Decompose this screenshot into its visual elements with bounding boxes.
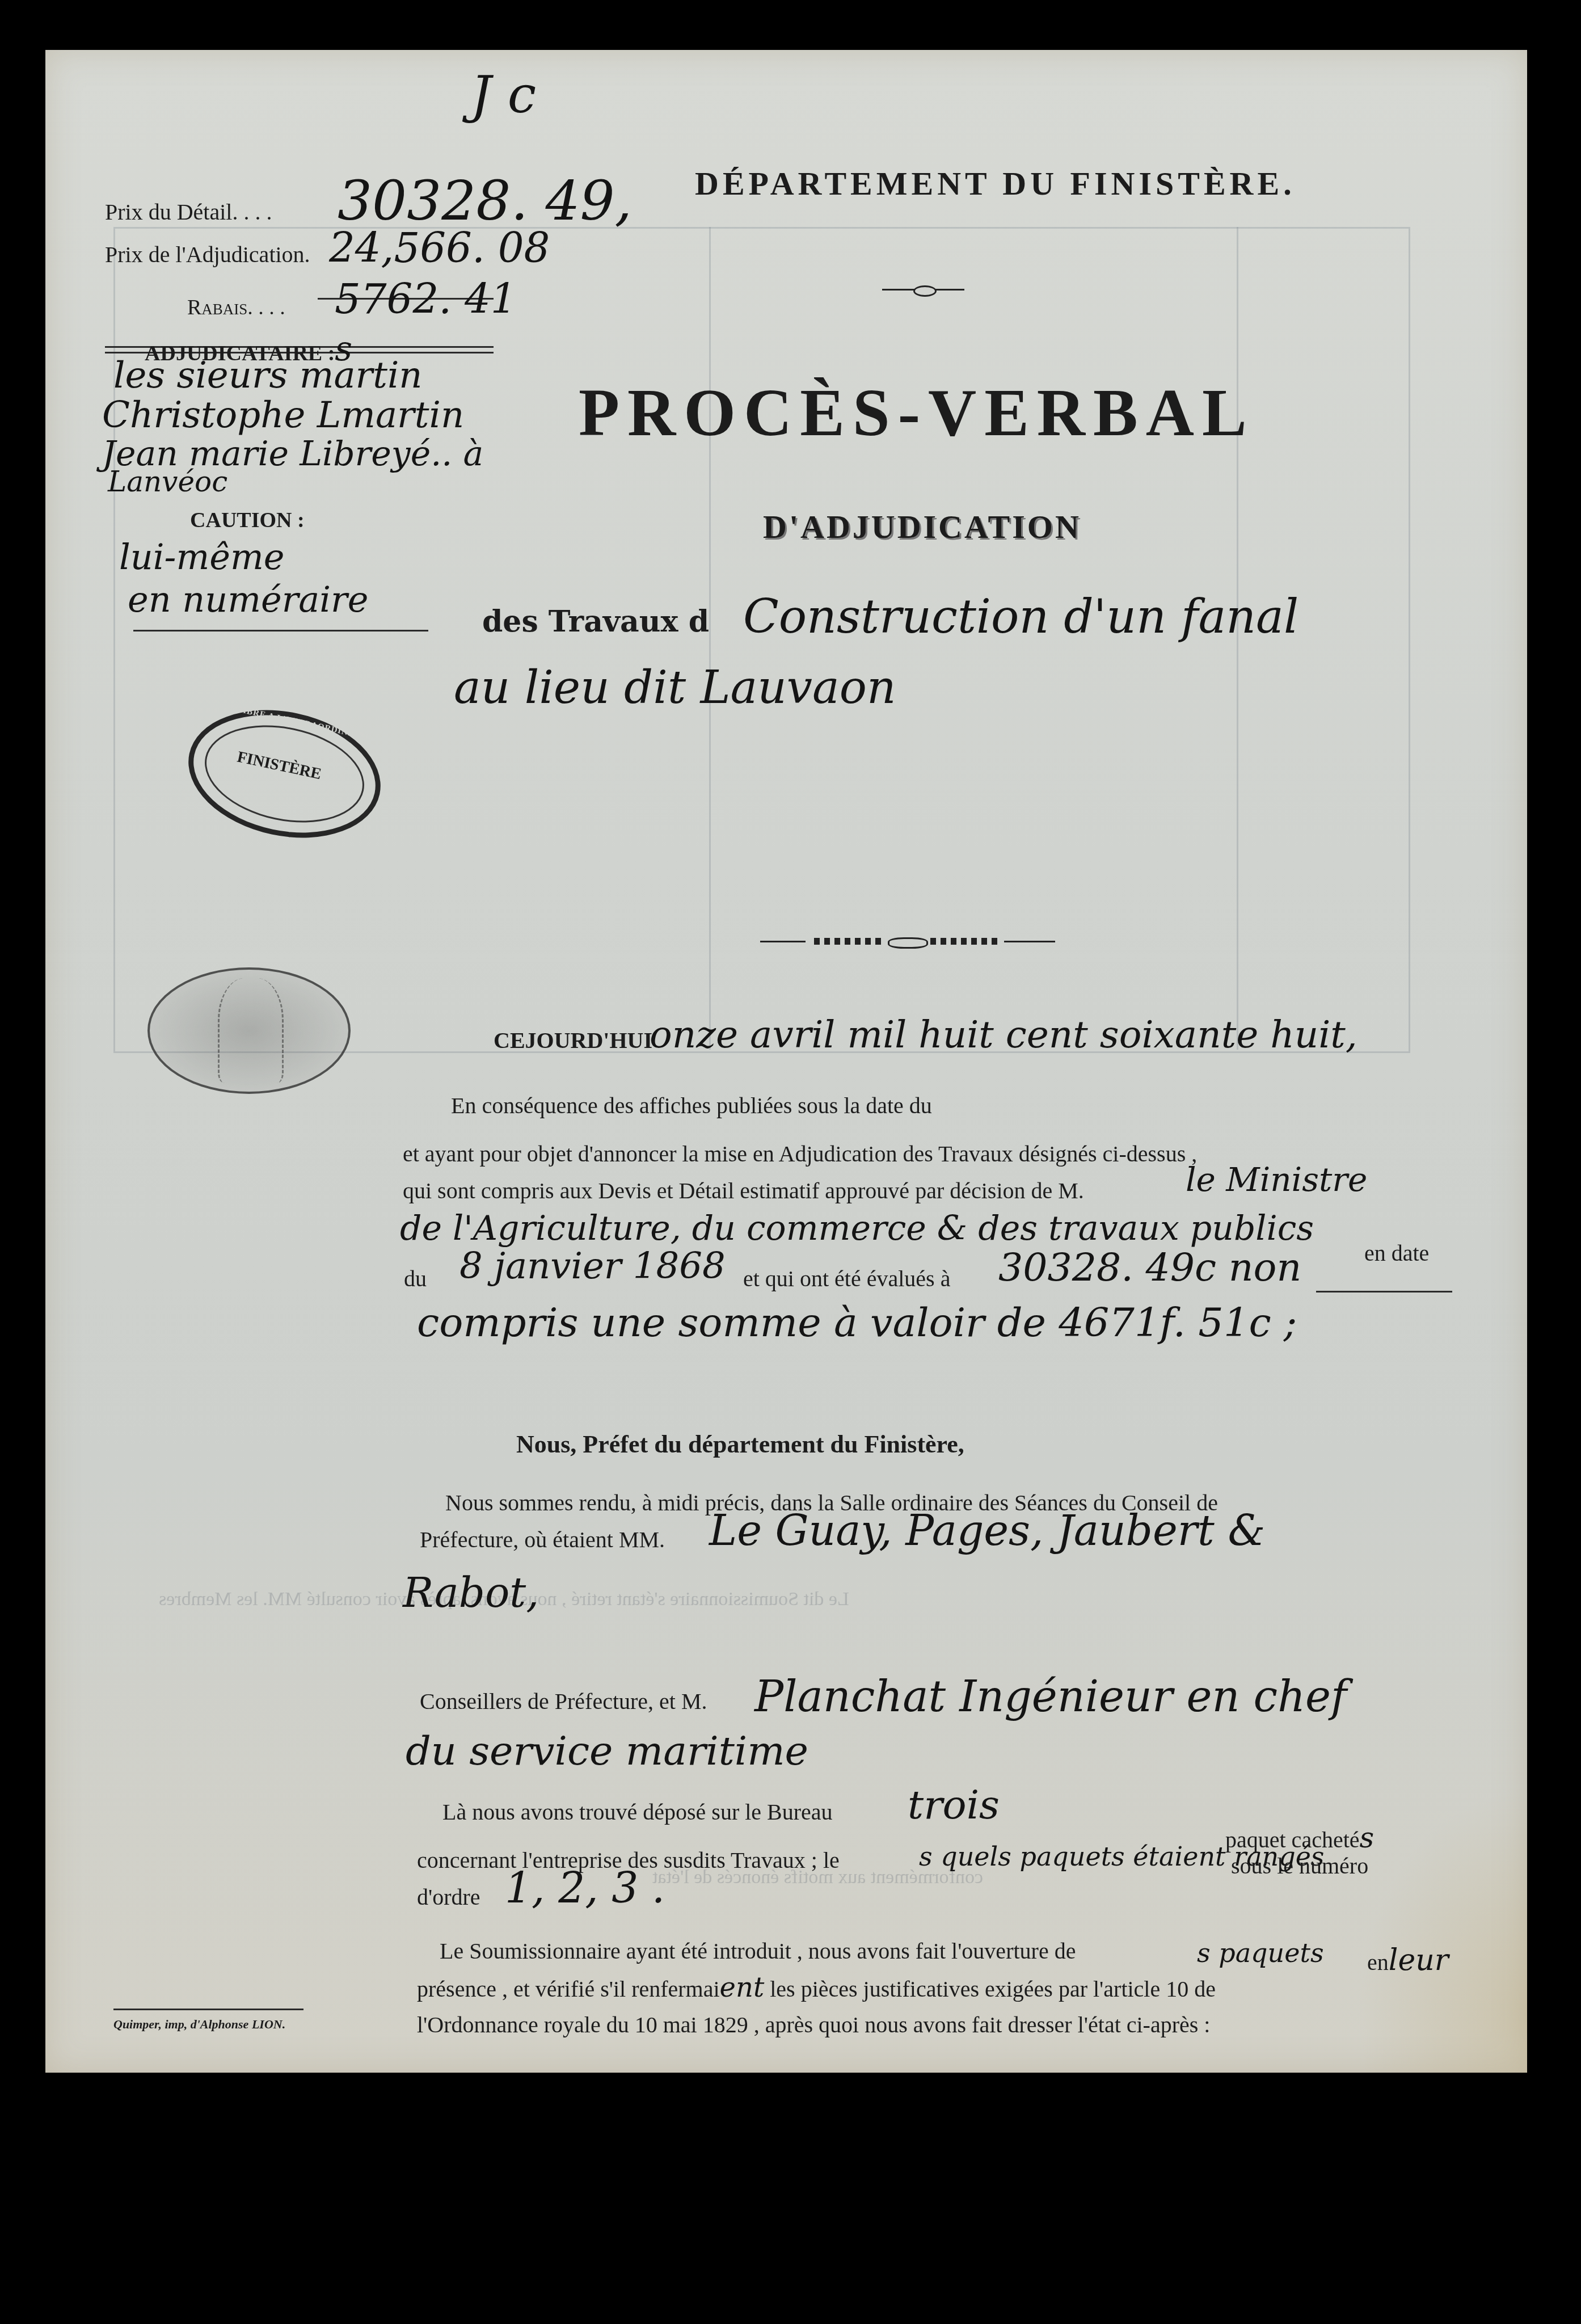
p1-sum-to-value: compris une somme à valoir de 4671f. 51c… (417, 1299, 1297, 1346)
p3-label: Conseillers de Préfecture, et M. (420, 1688, 707, 1715)
price-detail-value: 30328. 49, (338, 169, 632, 233)
p1-line-3-authority: le Ministre (1186, 1160, 1367, 1199)
p4-order-numbers: 1, 2, 3 . (505, 1864, 665, 1913)
caution-line-2: en numéraire (128, 579, 368, 620)
adjudicataire-line-4: Lanvéoc (108, 465, 227, 498)
cejourdhui-label: CEJOURD'HUI (494, 1027, 652, 1054)
adjudicataire-line-2: Christophe Lmartin (102, 394, 464, 436)
p1-amount-rule (1316, 1291, 1452, 1292)
prefet-heading: Nous, Préfet du département du Finistère… (516, 1430, 964, 1459)
works-description-1: Construction d'un fanal (743, 590, 1298, 644)
p1-ministry: de l'Agriculture, du commerce & des trav… (400, 1209, 1314, 1248)
show-through-column (709, 227, 711, 1050)
ornament-divider-mid (760, 936, 1055, 948)
p3-engineer: Planchat Ingénieur en chef (754, 1671, 1347, 1721)
p4-line-2-tail: sous le numéro (1231, 1853, 1368, 1879)
p5-line-1-tail-text: en (1367, 1950, 1389, 1975)
document-title: PROCÈS-VERBAL (579, 374, 1255, 452)
caution-rule (133, 630, 428, 631)
p5-line-2: présence , et vérifié s'il renfermaient … (417, 1972, 1216, 2003)
works-label: des Travaux d (482, 604, 709, 639)
p5-line-1-tail: enleur (1367, 1943, 1449, 1977)
embossed-seal-stamp (147, 967, 351, 1094)
cejourdhui-date: onze avril mil huit cent soixante huit, (650, 1013, 1357, 1056)
price-adjudication-value: 24,566. 08 (329, 224, 550, 272)
p1-du: du (404, 1265, 427, 1292)
p2-council-members: Le Guay, Pages, Jaubert & (709, 1506, 1265, 1555)
p1-approval-date: 8 janvier 1868 (459, 1245, 726, 1287)
p5-line-2-text: présence , et vérifié s'il renfermai (417, 1976, 720, 2002)
adjudicataire-line-1: les sieurs martin (113, 355, 423, 397)
margin-note: J c (471, 65, 536, 125)
p5-line-2-hand: ent (720, 1972, 765, 2003)
document-subtitle: D'ADJUDICATION (763, 508, 1081, 546)
p2-line-2: Préfecture, où étaient MM. (420, 1526, 665, 1553)
p3-service: du service maritime (406, 1728, 808, 1774)
price-rabais-value: 5762. 41 (335, 275, 517, 323)
p5-line-1-hand: s paquets (1197, 1938, 1324, 1968)
caution-line-1: lui-même (119, 536, 285, 578)
p1-line-4-tail: en date (1364, 1240, 1429, 1266)
p1-evalues: et qui ont été évalués à (743, 1265, 950, 1292)
department-heading: DÉPARTEMENT DU FINISTÈRE. (695, 165, 1296, 203)
p5-line-1: Le Soumissionnaire ayant été introduit ,… (440, 1938, 1076, 1964)
p4-packet-count: trois (908, 1782, 1000, 1828)
printer-imprint: Quimper, imp, d'Alphonse LION. (113, 2017, 285, 2032)
p4-line-1-plural: s (1360, 1821, 1375, 1854)
ornament-divider-top (882, 287, 964, 292)
p5-line-2-tail: les pièces justificatives exigées par l'… (770, 1976, 1216, 2002)
p5-line-3: l'Ordonnance royale du 10 mai 1829 , apr… (417, 2011, 1210, 2038)
price-detail-label: Prix du Détail. . . . (105, 199, 272, 225)
p4-line-3: d'ordre (417, 1884, 480, 1910)
price-rabais-label: Rabais. . . . (187, 295, 285, 320)
p1-line-2: et ayant pour objet d'annoncer la mise e… (403, 1140, 1197, 1167)
imprint-rule (113, 2009, 303, 2010)
p1-evaluated-amount: 30328. 49c non (998, 1245, 1301, 1290)
p2-council-members-2: Rabot, (403, 1569, 539, 1616)
caution-label: CAUTION : (190, 508, 305, 533)
works-description-2: au lieu dit Lauvaon (454, 661, 896, 714)
p1-line-3: qui sont compris aux Devis et Détail est… (403, 1177, 1084, 1204)
p5-line-1-tail-hand: leur (1389, 1943, 1449, 1977)
p4-line-1: Là nous avons trouvé déposé sur le Burea… (442, 1799, 833, 1825)
price-adjudication-label: Prix de l'Adjudication. (105, 241, 310, 268)
p1-line-1: En conséquence des affiches publiées sou… (451, 1092, 932, 1119)
